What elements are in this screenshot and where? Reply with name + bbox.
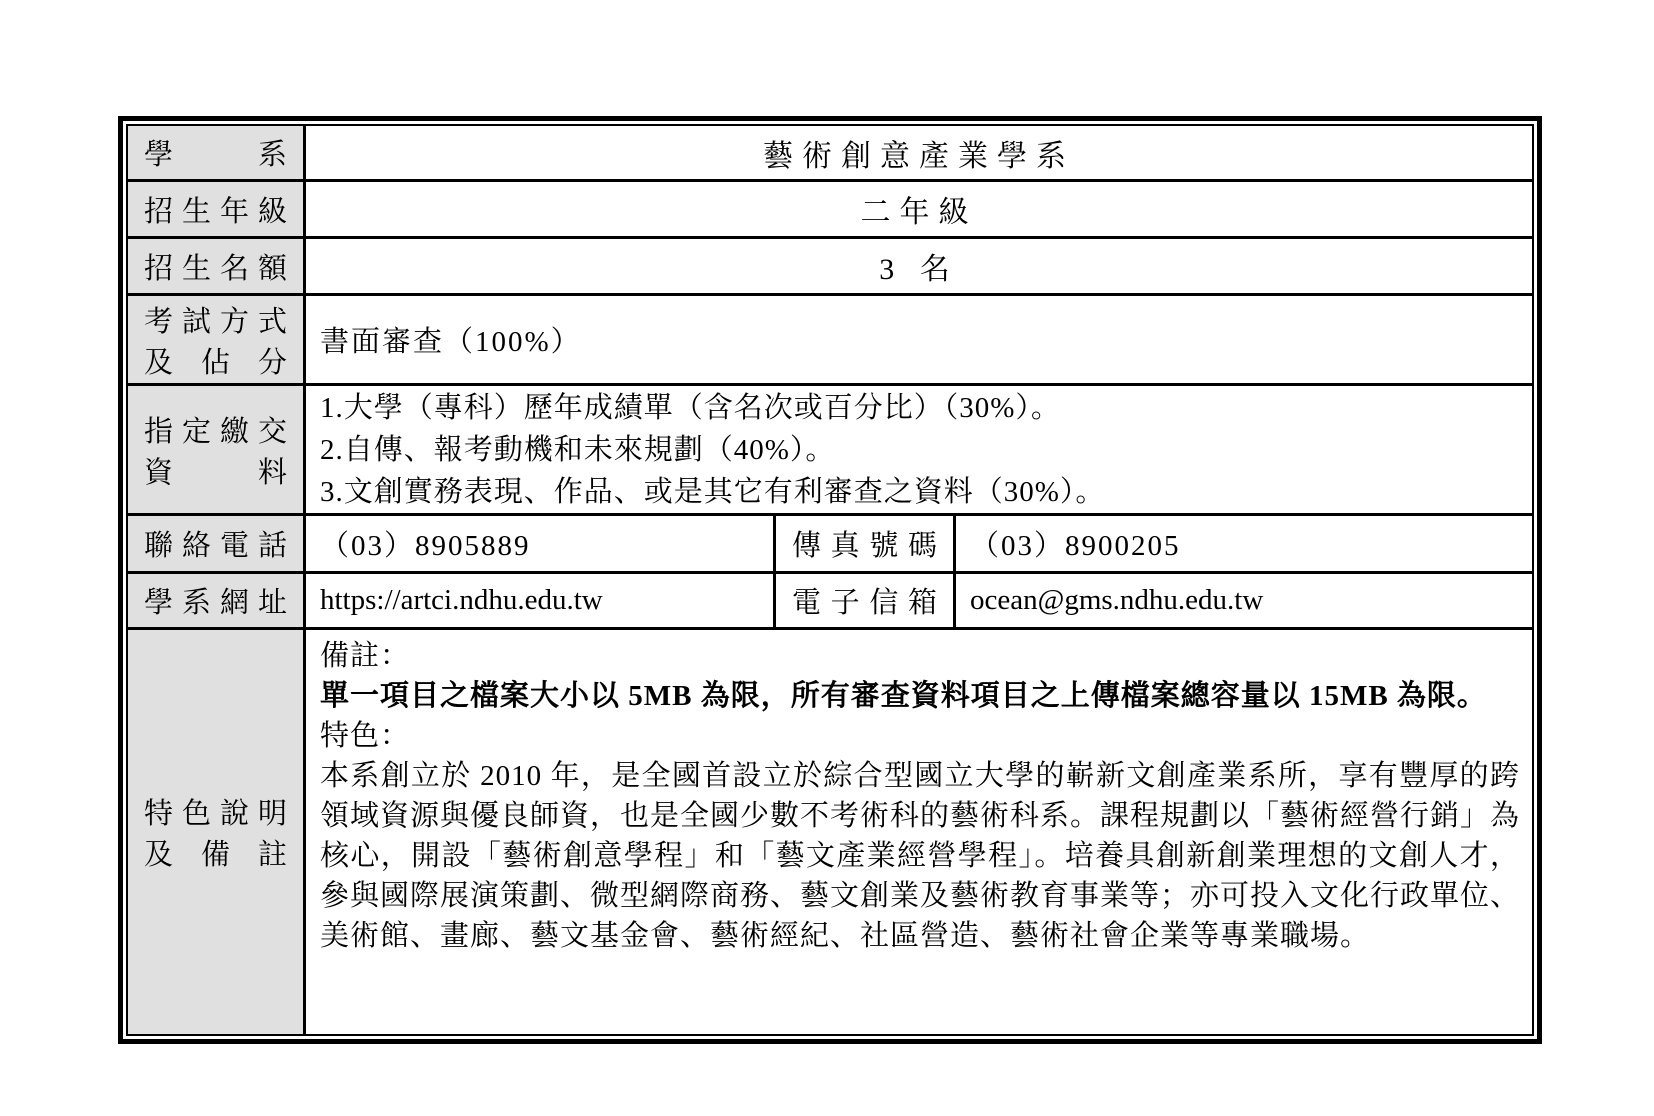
email-address: ocean@gms.ndhu.edu.tw [956, 574, 1532, 627]
contact-phone-label-cell: 聯絡電話 [128, 516, 306, 571]
required-document-item: 1.大學（專科）歷年成績單（含名次或百分比）（30%）。 [320, 387, 1518, 429]
table-row-features-remarks: 特色說明及備註 備註： 單一項目之檔案大小以 5MB 為限，所有審查資料項目之上… [128, 630, 1532, 1034]
admission-grade-label: 招生年級 [144, 189, 287, 230]
admission-quota-value: 3 名 [306, 239, 1532, 293]
contact-phone-label: 聯絡電話 [144, 523, 287, 564]
note-heading: 備註： [320, 636, 1520, 676]
exam-method-label: 考試方式及佔分 [144, 299, 287, 381]
table-grid: 學系 藝術創意產業學系 招生年級 二年級 招生名額 3 名 考試方式及佔分 書面… [126, 124, 1534, 1036]
file-size-limit-note: 單一項目之檔案大小以 5MB 為限，所有審查資料項目之上傳檔案總容量以 15MB… [320, 676, 1520, 716]
department-label: 學系 [144, 132, 287, 173]
admission-grade-label-cell: 招生年級 [128, 182, 306, 236]
required-documents-label: 指定繳交資料 [144, 409, 287, 491]
required-documents-label-cell: 指定繳交資料 [128, 386, 306, 513]
required-document-item: 3.文創實務表現、作品、或是其它有利審查之資料（30%）。 [320, 471, 1518, 513]
features-remarks-content: 備註： 單一項目之檔案大小以 5MB 為限，所有審查資料項目之上傳檔案總容量以 … [306, 630, 1532, 1034]
admission-quota-label-cell: 招生名額 [128, 239, 306, 293]
exam-method-label-cell: 考試方式及佔分 [128, 296, 306, 383]
website-label: 學系網址 [144, 580, 287, 621]
table-row-department: 學系 藝術創意產業學系 [128, 126, 1532, 182]
table-row-contact-phone: 聯絡電話 （03）8905889 傳真號碼 （03）8900205 [128, 516, 1532, 574]
feature-description: 本系創立於 2010 年，是全國首設立於綜合型國立大學的嶄新文創產業系所，享有豐… [320, 756, 1520, 956]
fax-number-label: 傳真號碼 [792, 523, 937, 564]
admission-quota-label: 招生名額 [144, 246, 287, 287]
admission-grade-value: 二年級 [306, 182, 1532, 236]
department-label-cell: 學系 [128, 126, 306, 179]
table-row-website: 學系網址 https://artci.ndhu.edu.tw 電子信箱 ocea… [128, 574, 1532, 630]
contact-phone-value: （03）8905889 [306, 516, 776, 571]
table-row-exam-method: 考試方式及佔分 書面審查（100%） [128, 296, 1532, 386]
required-documents-value: 1.大學（專科）歷年成績單（含名次或百分比）（30%）。 2.自傳、報考動機和未… [306, 386, 1532, 513]
feature-heading: 特色： [320, 716, 1520, 756]
features-remarks-label-cell: 特色說明及備註 [128, 630, 306, 1034]
website-label-cell: 學系網址 [128, 574, 306, 627]
fax-number-value: （03）8900205 [956, 516, 1532, 571]
email-label-cell: 電子信箱 [776, 574, 956, 627]
table-row-admission-quota: 招生名額 3 名 [128, 239, 1532, 296]
required-documents-list: 1.大學（專科）歷年成績單（含名次或百分比）（30%）。 2.自傳、報考動機和未… [320, 387, 1518, 513]
required-document-item: 2.自傳、報考動機和未來規劃（40%）。 [320, 429, 1518, 471]
table-row-admission-grade: 招生年級 二年級 [128, 182, 1532, 239]
email-label: 電子信箱 [792, 580, 937, 621]
admission-info-table: 學系 藝術創意產業學系 招生年級 二年級 招生名額 3 名 考試方式及佔分 書面… [118, 116, 1542, 1044]
fax-number-label-cell: 傳真號碼 [776, 516, 956, 571]
features-remarks-label: 特色說明及備註 [144, 791, 287, 873]
website-url: https://artci.ndhu.edu.tw [306, 574, 776, 627]
department-value: 藝術創意產業學系 [306, 126, 1532, 179]
exam-method-value: 書面審查（100%） [306, 296, 1532, 383]
table-row-required-documents: 指定繳交資料 1.大學（專科）歷年成績單（含名次或百分比）（30%）。 2.自傳… [128, 386, 1532, 516]
